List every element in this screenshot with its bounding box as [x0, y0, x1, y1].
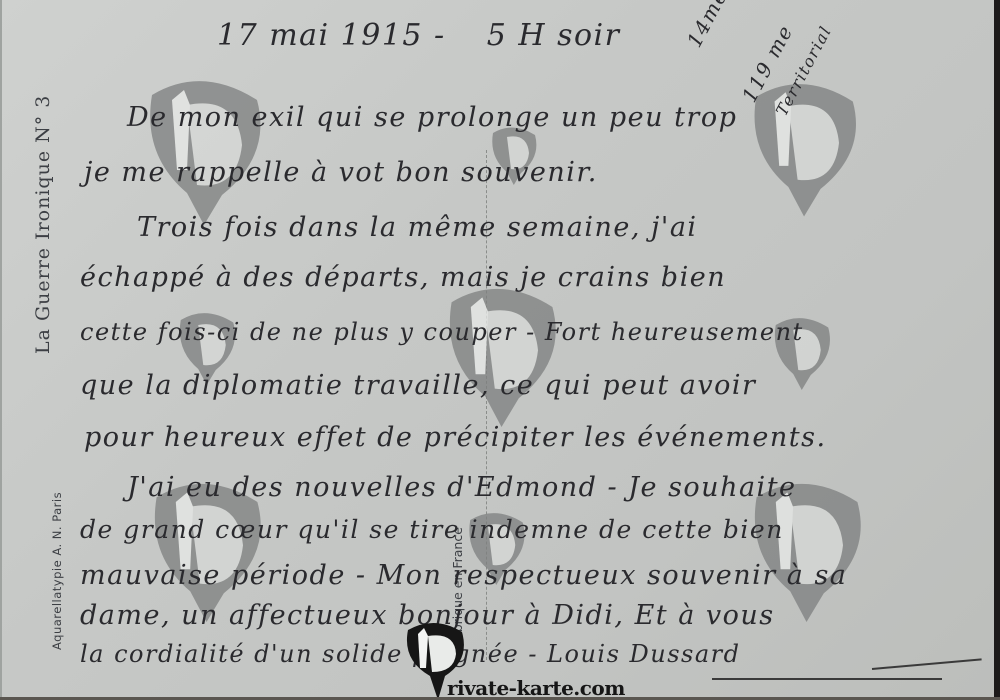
- watermark-p-icon: [747, 75, 862, 220]
- message-line: de grand cœur qu'il se tire indemne de c…: [80, 515, 784, 544]
- watermark-p-icon: [142, 75, 267, 225]
- watermark-p-icon: [442, 280, 562, 430]
- message-line: que la diplomatie travaille, ce qui peut…: [80, 370, 756, 401]
- message-line: mauvaise période - Mon respectueux souve…: [80, 560, 847, 591]
- message-line: De mon exil qui se prolonge un peu trop: [127, 102, 737, 133]
- time-of-day: 5 H soir: [487, 18, 621, 53]
- corner-note-regiment: 14me C: [682, 0, 744, 51]
- message-line: J'ai eu des nouvelles d'Edmond - Je souh…: [127, 472, 797, 503]
- postcard-back: La Guerre Ironique N° 3 Aquarellatypie A…: [0, 0, 997, 700]
- message-line: échappé à des départs, mais je crains bi…: [80, 262, 726, 293]
- series-title: La Guerre Ironique N° 3: [32, 95, 54, 354]
- message-line: cette fois-ci de ne plus y couper - Fort…: [80, 318, 804, 346]
- card-edge-shadow: [994, 0, 1000, 700]
- letter-date: 17 mai 1915 - 5 H soir: [217, 18, 620, 53]
- publisher-imprint: Aquarellatypie A. N. Paris: [50, 492, 64, 650]
- signature-underline: [712, 678, 942, 680]
- message-line: pour heureux effet de précipiter les évé…: [84, 422, 827, 453]
- message-line: Trois fois dans la même semaine, j'ai: [137, 212, 698, 243]
- message-line: je me rappelle à vot bon souvenir.: [84, 157, 598, 188]
- signature-flourish: [872, 658, 982, 670]
